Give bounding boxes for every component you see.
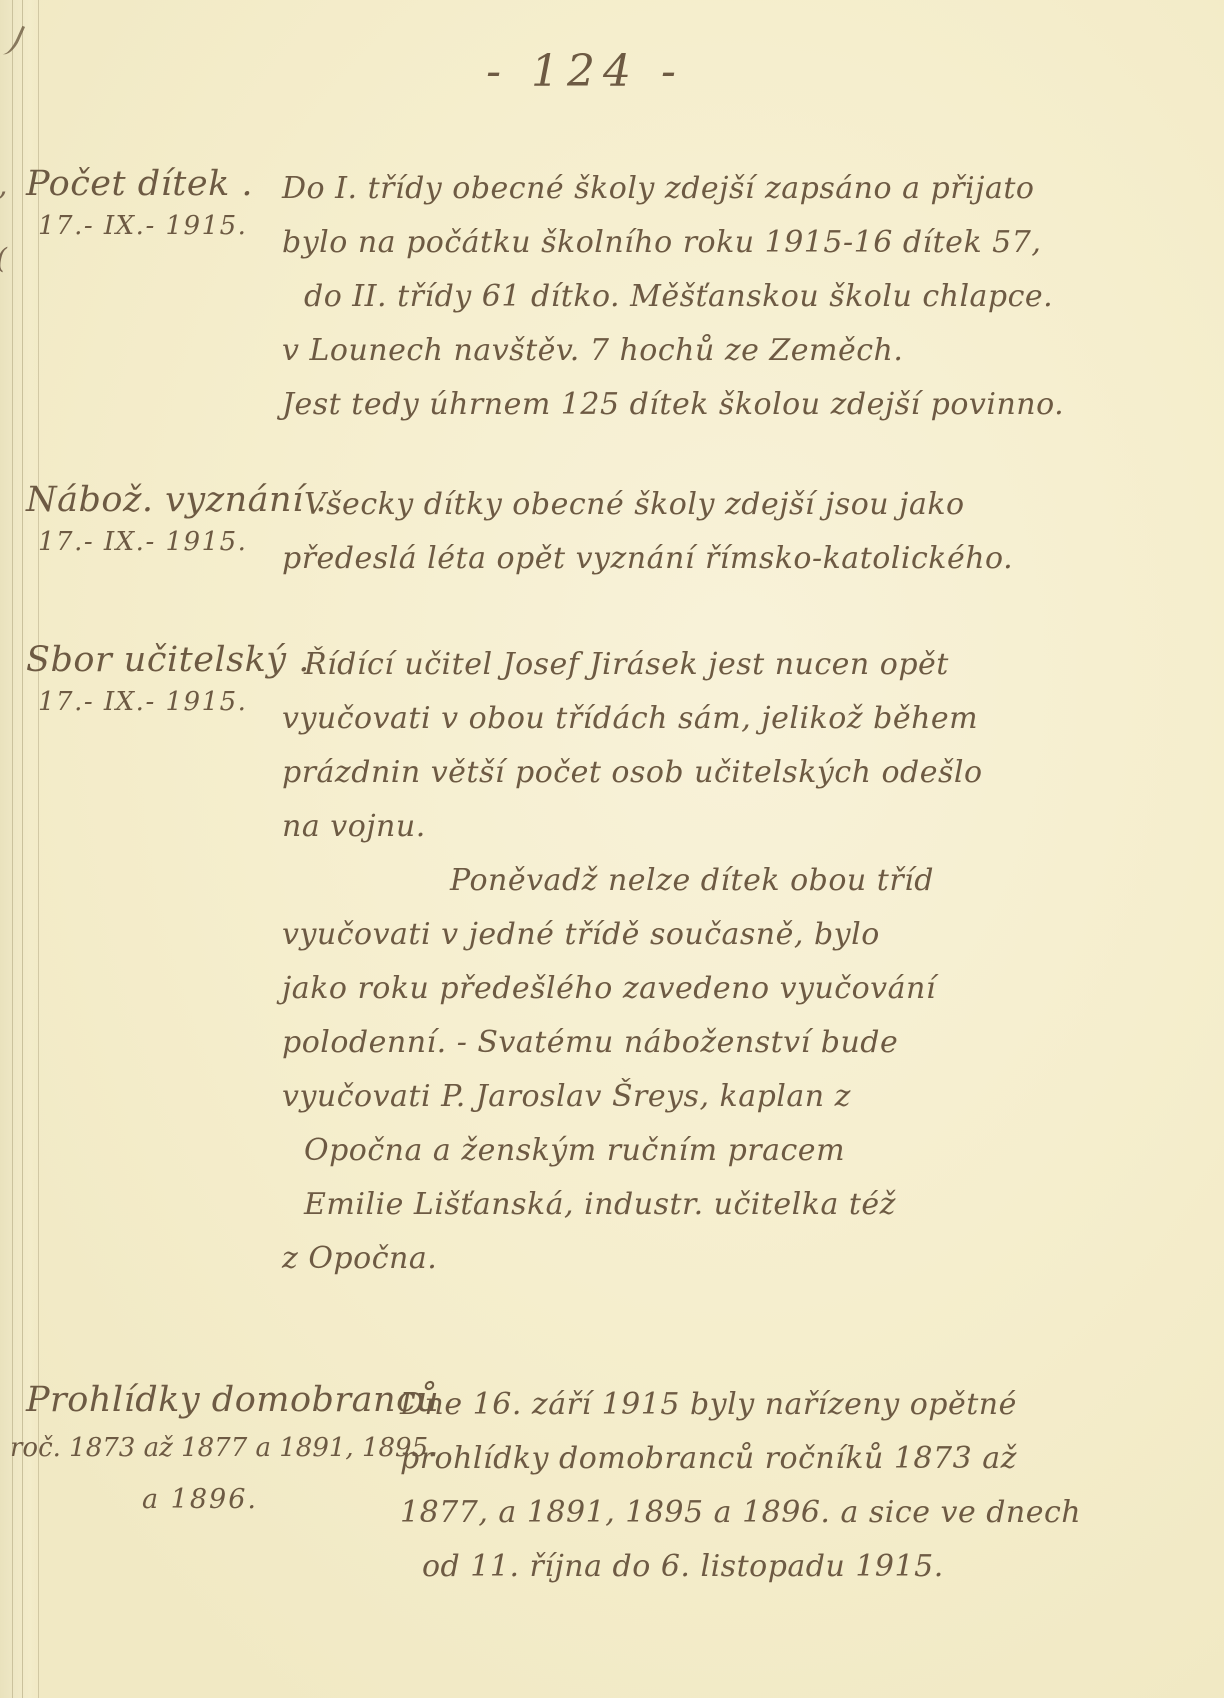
section-body: Všecky dítky obecné školy zdejší jsou ja…	[282, 478, 1194, 586]
handwritten-line: Všecky dítky obecné školy zdejší jsou ja…	[282, 478, 1194, 532]
handwritten-line: Do I. třídy obecné školy zdejší zapsáno …	[282, 162, 1194, 216]
handwritten-line: Dne 16. září 1915 byly nařízeny opětné	[400, 1378, 1194, 1432]
handwritten-line: prázdnin větší počet osob učitelských od…	[282, 746, 1194, 800]
handwritten-line: Opočna a ženským ručním pracem	[282, 1124, 1194, 1178]
section-date-continued: a 1896.	[10, 1474, 390, 1526]
page-number: - 124 -	[455, 46, 715, 97]
handwritten-line: na vojnu.	[282, 800, 1194, 854]
handwritten-line: Emilie Lišťanská, industr. učitelka též	[282, 1178, 1194, 1232]
handwritten-line: Poněvadž nelze dítek obou tříd	[282, 854, 1194, 908]
section-body: Dne 16. září 1915 byly nařízeny opětné p…	[400, 1378, 1194, 1594]
handwritten-line: 1877, a 1891, 1895 a 1896. a sice ve dne…	[400, 1486, 1194, 1540]
section-date: 17.- IX.- 1915.	[26, 682, 276, 722]
handwritten-line: v Lounech navštěv. 7 hochů ze Zeměch.	[282, 324, 1194, 378]
handwritten-line: bylo na počátku školního roku 1915-16 dí…	[282, 216, 1194, 270]
handwritten-line: předeslá léta opět vyznání římsko-katoli…	[282, 532, 1194, 586]
handwritten-line: vyučovati v obou třídách sám, jelikož bě…	[282, 692, 1194, 746]
margin-note: Prohlídky domobranců roč. 1873 až 1877 a…	[10, 1378, 390, 1526]
handwritten-line: prohlídky domobranců ročníků 1873 až	[400, 1432, 1194, 1486]
section-date: 17.- IX.- 1915.	[26, 206, 276, 246]
section-date: roč. 1873 až 1877 a 1891, 1895.	[10, 1422, 390, 1474]
handwritten-line: vyučovati v jedné třídě současně, bylo	[282, 908, 1194, 962]
section-date: 17.- IX.- 1915.	[26, 522, 276, 562]
handwritten-line: polodenní. - Svatému náboženství bude	[282, 1016, 1194, 1070]
manuscript-page: , ( - 124 - Počet dítek . 17.- IX.- 1915…	[0, 0, 1224, 1698]
margin-note: Nábož. vyznání . 17.- IX.- 1915.	[26, 478, 276, 562]
section-heading: Prohlídky domobranců	[10, 1378, 390, 1422]
handwritten-line: vyučovati P. Jaroslav Šreys, kaplan z	[282, 1070, 1194, 1124]
section-heading: Počet dítek .	[26, 162, 276, 206]
section-body: Do I. třídy obecné školy zdejší zapsáno …	[282, 162, 1194, 432]
handwritten-line: Řídící učitel Josef Jirásek jest nucen o…	[282, 638, 1194, 692]
handwritten-line: od 11. října do 6. listopadu 1915.	[400, 1540, 1194, 1594]
handwritten-line: z Opočna.	[282, 1232, 1194, 1286]
handwritten-line: jako roku předešlého zavedeno vyučování	[282, 962, 1194, 1016]
section-body: Řídící učitel Josef Jirásek jest nucen o…	[282, 638, 1194, 1286]
ink-bleed-mark: ,	[0, 168, 8, 203]
margin-note: Počet dítek . 17.- IX.- 1915.	[26, 162, 276, 246]
section-heading: Sbor učitelský .	[26, 638, 276, 682]
margin-note: Sbor učitelský . 17.- IX.- 1915.	[26, 638, 276, 722]
handwritten-line: Jest tedy úhrnem 125 dítek školou zdejší…	[282, 378, 1194, 432]
section-heading: Nábož. vyznání .	[26, 478, 276, 522]
ink-bleed-mark: (	[0, 242, 7, 275]
handwritten-line: do II. třídy 61 dítko. Měšťanskou školu …	[282, 270, 1194, 324]
